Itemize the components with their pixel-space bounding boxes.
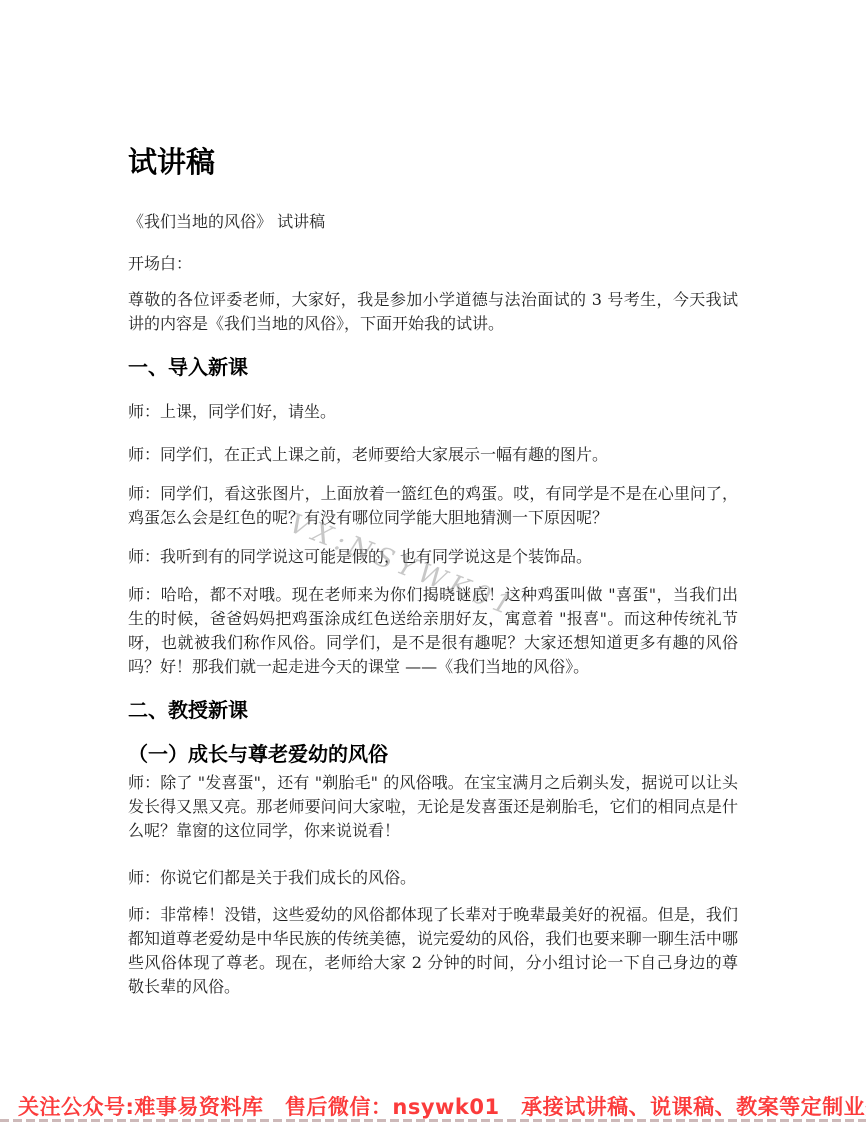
teacher-paragraph: 师：上课，同学们好，请坐。 — [128, 400, 738, 424]
promo-footer: 关注公众号:难事易资料库 售后微信：nsywk01 承接试讲稿、说课稿、教案等定… — [0, 1094, 866, 1122]
document-page: { "doc": { "title": "试讲稿", "subtitle": "… — [0, 0, 866, 1122]
opening-paragraph: 尊敬的各位评委老师，大家好，我是参加小学道德与法治面试的 3 号考生，今天我试讲… — [128, 288, 738, 336]
teacher-paragraph: 师：同学们，看这张图片，上面放着一篮红色的鸡蛋。哎，有同学是不是在心里问了，鸡蛋… — [128, 482, 738, 530]
page-title: 试讲稿 — [128, 147, 738, 177]
opening-label: 开场白： — [128, 252, 738, 276]
section-2-sub-heading: （一）成长与尊老爱幼的风俗 — [128, 741, 738, 767]
doc-subtitle: 《我们当地的风俗》 试讲稿 — [128, 210, 738, 234]
promo-footer-text: 关注公众号:难事易资料库 售后微信：nsywk01 承接试讲稿、说课稿、教案等定… — [18, 1096, 866, 1118]
teacher-paragraph: 师：除了 "发喜蛋"，还有 "剃胎毛" 的风俗哦。在宝宝满月之后剃头发，据说可以… — [128, 771, 738, 843]
teacher-paragraph: 师：我听到有的同学说这可能是假的，也有同学说这是个装饰品。 — [128, 545, 738, 569]
teacher-paragraph: 师：同学们，在正式上课之前，老师要给大家展示一幅有趣的图片。 — [128, 443, 738, 467]
section-1-heading: 一、导入新课 — [128, 354, 738, 380]
section-2-heading: 二、教授新课 — [128, 697, 738, 723]
document-body: 试讲稿 《我们当地的风俗》 试讲稿 开场白： 尊敬的各位评委老师，大家好，我是参… — [128, 0, 738, 999]
teacher-paragraph: 师：非常棒！没错，这些爱幼的风俗都体现了长辈对于晚辈最美好的祝福。但是，我们都知… — [128, 903, 738, 999]
teacher-paragraph: 师：哈哈，都不对哦。现在老师来为你们揭晓谜底！这种鸡蛋叫做 "喜蛋"，当我们出生… — [128, 583, 738, 679]
teacher-paragraph: 师：你说它们都是关于我们成长的风俗。 — [128, 866, 738, 890]
